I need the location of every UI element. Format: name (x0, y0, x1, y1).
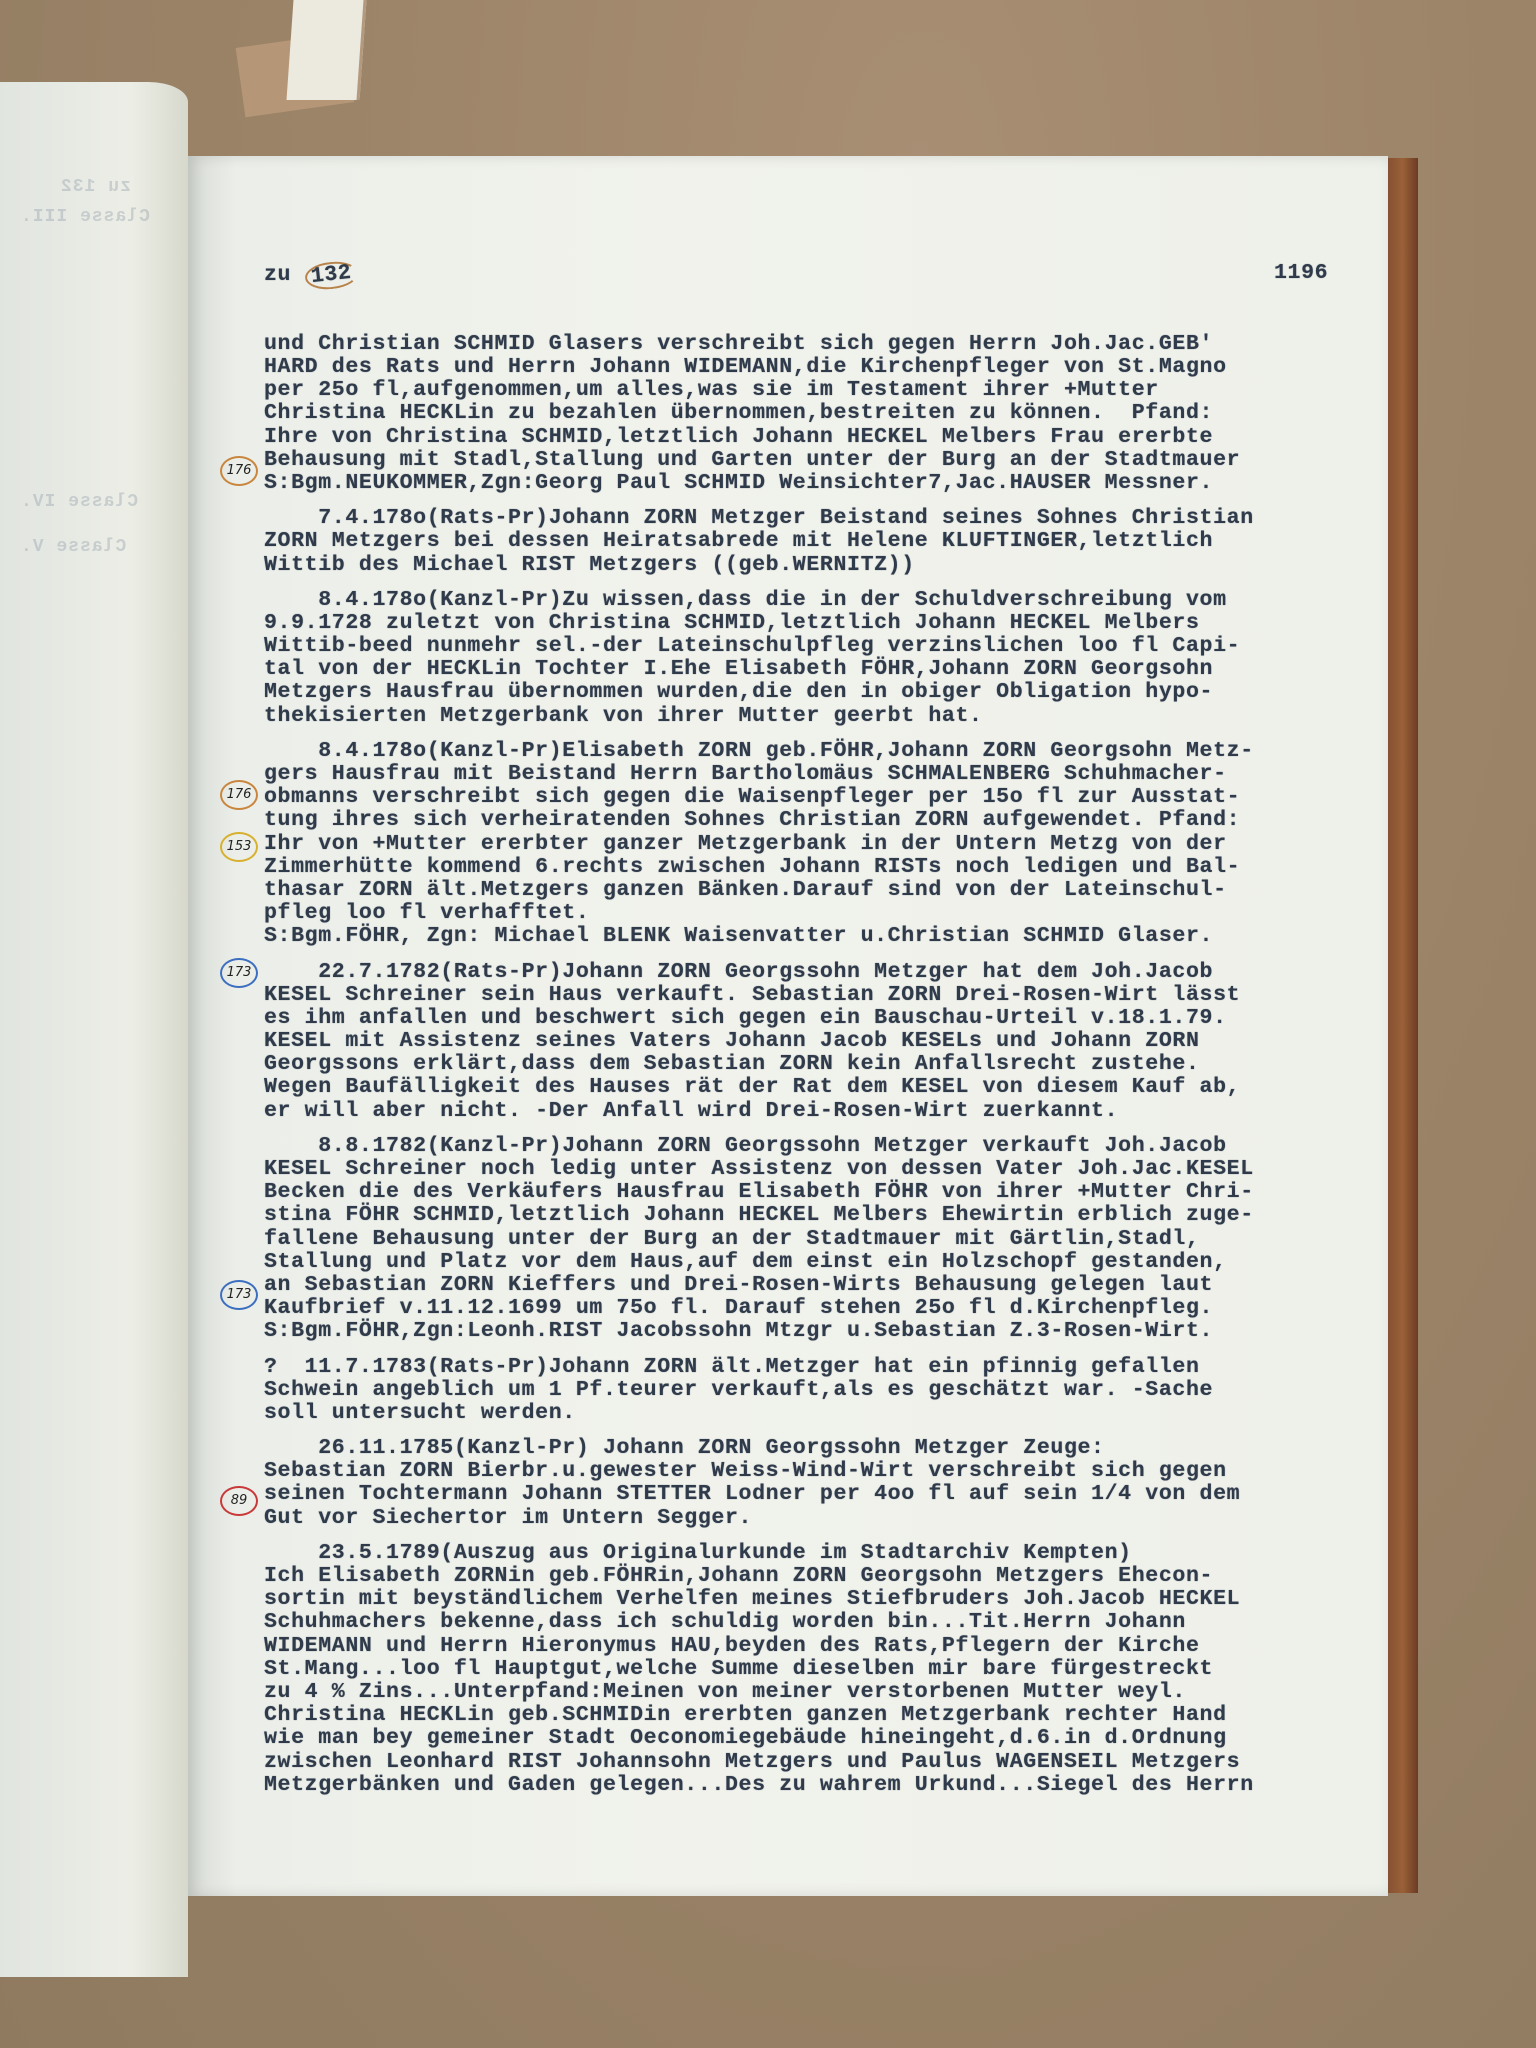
text-line: S:Bgm.FÖHR,Zgn:Leonh.RIST Jacobssohn Mtz… (264, 1320, 1374, 1343)
text-line: 8.4.178o(Kanzl-Pr)Zu wissen,dass die in … (264, 589, 1374, 612)
left-page: zu 132 Classe III. Classe IV. Classe V. (0, 82, 188, 1977)
text-line: an Sebastian ZORN Kieffers und Drei-Rose… (264, 1274, 1374, 1297)
text-lines: und Christian SCHMID Glasers verschreibt… (264, 333, 1374, 1797)
ghost-text: Classe V. (20, 537, 126, 557)
ref-number: 132 (303, 260, 358, 293)
text-line: er will aber nicht. -Der Anfall wird Dre… (264, 1100, 1374, 1123)
text-line: zwischen Leonhard RIST Johannsohn Metzge… (264, 1751, 1374, 1774)
paragraph-gap (264, 577, 1374, 589)
text-line: Ich Elisabeth ZORNin geb.FÖHRin,Johann Z… (264, 1565, 1374, 1588)
text-line: ZORN Metzgers bei dessen Heiratsabrede m… (264, 530, 1374, 553)
paragraph-gap (264, 1123, 1374, 1135)
text-line: St.Mang...loo fl Hauptgut,welche Summe d… (264, 1658, 1374, 1681)
text-line: Ihre von Christina SCHMID,letztlich Joha… (264, 426, 1374, 449)
text-line: Georgssons erklärt,dass dem Sebastian ZO… (264, 1053, 1374, 1076)
text-line: Metzgers Hausfrau übernommen wurden,die … (264, 681, 1374, 704)
text-line: und Christian SCHMID Glasers verschreibt… (264, 333, 1374, 356)
text-line: Wittib-beed nunmehr sel.-der Lateinschul… (264, 635, 1374, 658)
margin-note: 176 (220, 780, 258, 810)
text-line: per 25o fl,aufgenommen,um alles,was sie … (264, 379, 1374, 402)
text-line: Christina HECKLin zu bezahlen übernommen… (264, 402, 1374, 425)
margin-note: 173 (220, 958, 258, 988)
paragraph-gap (264, 728, 1374, 740)
text-line: S:Bgm.NEUKOMMER,Zgn:Georg Paul SCHMID We… (264, 472, 1374, 495)
paragraph-gap (264, 949, 1374, 961)
text-line: Wittib des Michael RIST Metzgers ((geb.W… (264, 554, 1374, 577)
paragraph-gap (264, 1530, 1374, 1542)
ghost-text: zu 132 (60, 177, 131, 197)
text-line: KESEL mit Assistenz seines Vaters Johann… (264, 1030, 1374, 1053)
text-line: Ihr von +Mutter ererbter ganzer Metzgerb… (264, 833, 1374, 856)
text-line: tung ihres sich verheiratenden Sohnes Ch… (264, 809, 1374, 832)
text-line: Becken die des Verkäufers Hausfrau Elisa… (264, 1181, 1374, 1204)
text-line: WIDEMANN und Herrn Hieronymus HAU,beyden… (264, 1635, 1374, 1658)
text-line: Schwein angeblich um 1 Pf.teurer verkauf… (264, 1379, 1374, 1402)
text-line: Wegen Baufälligkeit des Hauses rät der R… (264, 1076, 1374, 1099)
text-line: KESEL Schreiner sein Haus verkauft. Seba… (264, 984, 1374, 1007)
text-line: 9.9.1728 zuletzt von Christina SCHMID,le… (264, 612, 1374, 635)
text-line: sortin mit beyständlichem Verhelfen mein… (264, 1588, 1374, 1611)
margin-note: 153 (220, 832, 258, 862)
margin-note: 173 (220, 1280, 258, 1310)
text-line: 23.5.1789(Auszug aus Originalurkunde im … (264, 1542, 1374, 1565)
page-header: zu 132 1196 (264, 258, 1374, 286)
text-line: 22.7.1782(Rats-Pr)Johann ZORN Georgssohn… (264, 961, 1374, 984)
text-line: Kaufbrief v.11.12.1699 um 75o fl. Darauf… (264, 1297, 1374, 1320)
section-reference: zu 132 (264, 262, 357, 289)
text-line: Metzgerbänken und Gaden gelegen...Des zu… (264, 1774, 1374, 1797)
text-line: 26.11.1785(Kanzl-Pr) Johann ZORN Georgss… (264, 1437, 1374, 1460)
text-line: 8.4.178o(Kanzl-Pr)Elisabeth ZORN geb.FÖH… (264, 740, 1374, 763)
text-line: Christina HECKLin geb.SCHMIDin ererbten … (264, 1704, 1374, 1727)
text-line: thekisierten Metzgerbank von ihrer Mutte… (264, 705, 1374, 728)
text-line: thasar ZORN ält.Metzgers ganzen Bänken.D… (264, 879, 1374, 902)
paragraph-gap (264, 1344, 1374, 1356)
page-text: zu 132 1196 und Christian SCHMID Glasers… (264, 212, 1374, 1843)
text-line: HARD des Rats und Herrn Johann WIDEMANN,… (264, 356, 1374, 379)
text-line: Zimmerhütte kommend 6.rechts zwischen Jo… (264, 856, 1374, 879)
text-line: stina FÖHR SCHMID,letztlich Johann HECKE… (264, 1204, 1374, 1227)
tape-strip-white (287, 0, 367, 100)
margin-note: 176 (220, 456, 258, 486)
text-line: pfleg loo fl verhafftet. (264, 902, 1374, 925)
text-line: KESEL Schreiner noch ledig unter Assiste… (264, 1158, 1374, 1181)
text-line: soll untersucht werden. (264, 1402, 1374, 1425)
text-line: Behausung mit Stadl,Stallung und Garten … (264, 449, 1374, 472)
text-line: ? 11.7.1783(Rats-Pr)Johann ZORN ält.Metz… (264, 1356, 1374, 1379)
text-line: seinen Tochtermann Johann STETTER Lodner… (264, 1483, 1374, 1506)
text-line: Sebastian ZORN Bierbr.u.gewester Weiss-W… (264, 1460, 1374, 1483)
text-line: Gut vor Siechertor im Untern Segger. (264, 1507, 1374, 1530)
text-line: tal von der HECKLin Tochter I.Ehe Elisab… (264, 658, 1374, 681)
text-line: gers Hausfrau mit Beistand Herrn Barthol… (264, 763, 1374, 786)
ghost-text: Classe III. (20, 207, 150, 227)
text-line: fallene Behausung unter der Burg an der … (264, 1228, 1374, 1251)
text-line: 8.8.1782(Kanzl-Pr)Johann ZORN Georgssohn… (264, 1135, 1374, 1158)
ghost-text: Classe IV. (20, 492, 138, 512)
text-line: wie man bey gemeiner Stadt Oeconomiegebä… (264, 1727, 1374, 1750)
text-line: zu 4 % Zins...Unterpfand:Meinen von mein… (264, 1681, 1374, 1704)
text-line: obmanns verschreibt sich gegen die Waise… (264, 786, 1374, 809)
text-line: Stallung und Platz vor dem Haus,auf dem … (264, 1251, 1374, 1274)
typed-page: 176 176 153 173 173 89 zu 132 1196 und C… (188, 156, 1388, 1896)
text-line: S:Bgm.FÖHR, Zgn: Michael BLENK Waisenvat… (264, 925, 1374, 948)
text-line: es ihm anfallen und beschwert sich gegen… (264, 1007, 1374, 1030)
page-number: 1196 (1274, 262, 1328, 285)
margin-note: 89 (220, 1486, 258, 1516)
text-line: 7.4.178o(Rats-Pr)Johann ZORN Metzger Bei… (264, 507, 1374, 530)
text-line: Schuhmachers bekenne,dass ich schuldig w… (264, 1611, 1374, 1634)
